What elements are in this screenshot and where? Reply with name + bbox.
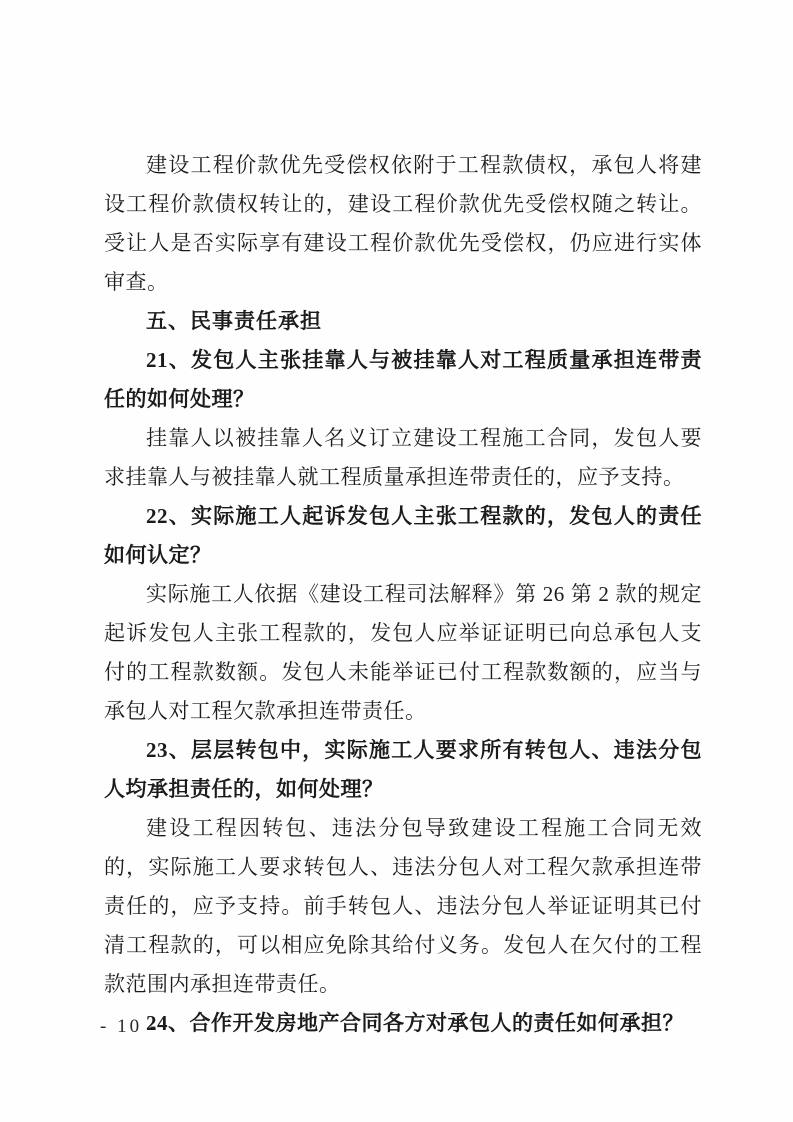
question-24-heading: 24、合作开发房地产合同各方对承包人的责任如何承担？ [104,1004,702,1043]
document-page: 建设工程价款优先受偿权依附于工程款债权，承包人将建设工程价款债权转让的，建设工程… [0,0,793,1122]
answer-21-paragraph: 挂靠人以被挂靠人名义订立建设工程施工合同，发包人要求挂靠人与被挂靠人就工程质量承… [104,419,702,497]
page-number: - 10 - [100,1016,159,1037]
document-body: 建设工程价款优先受偿权依附于工程款债权，承包人将建设工程价款债权转让的，建设工程… [104,146,702,1043]
page-footer: - 10 - [100,1014,159,1040]
question-22-heading: 22、实际施工人起诉发包人主张工程款的，发包人的责任如何认定？ [104,497,702,575]
answer-22-paragraph: 实际施工人依据《建设工程司法解释》第 26 第 2 款的规定起诉发包人主张工程款… [104,575,702,731]
section-heading-civil-liability: 五、民事责任承担 [104,302,702,341]
question-21-heading: 21、发包人主张挂靠人与被挂靠人对工程质量承担连带责任的如何处理？ [104,341,702,419]
paragraph-priority-right-transfer: 建设工程价款优先受偿权依附于工程款债权，承包人将建设工程价款债权转让的，建设工程… [104,146,702,302]
question-23-heading: 23、层层转包中，实际施工人要求所有转包人、违法分包人均承担责任的，如何处理？ [104,731,702,809]
answer-23-paragraph: 建设工程因转包、违法分包导致建设工程施工合同无效的，实际施工人要求转包人、违法分… [104,809,702,1004]
